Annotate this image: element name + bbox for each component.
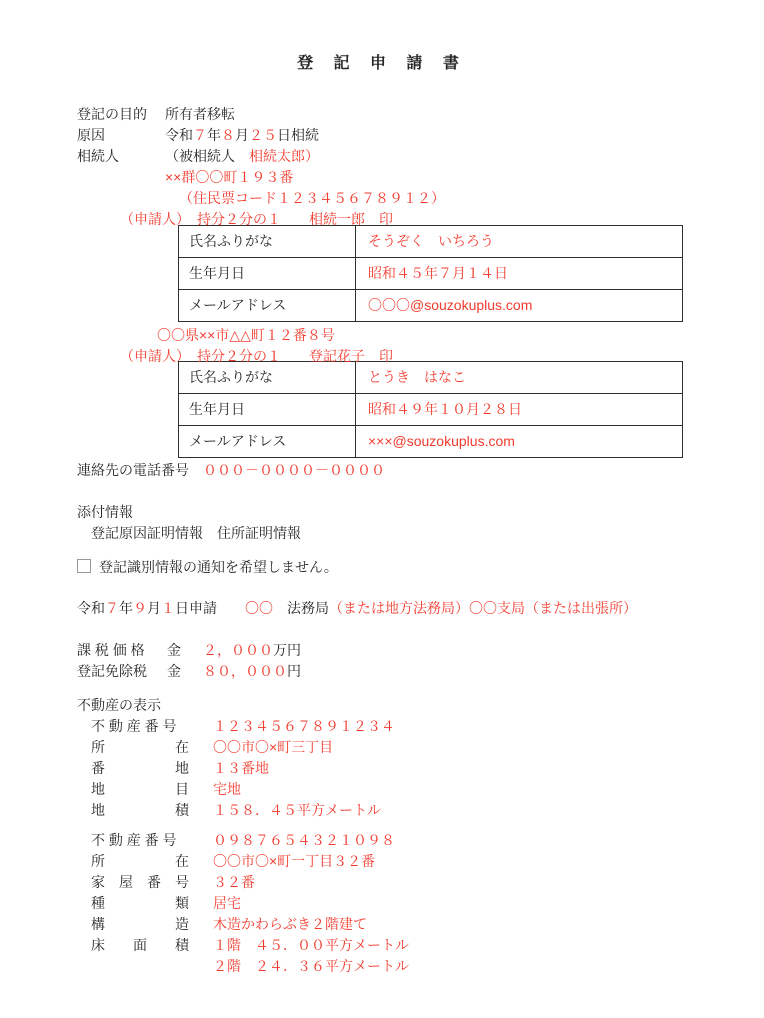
purpose-label: 登記の目的 [77, 104, 165, 125]
furigana-value: とうき はなこ [356, 362, 682, 393]
heir-label: 相続人 [77, 146, 165, 167]
heir-line: 相続人（被相続人 相続太郎） [0, 146, 764, 167]
email-value: ×××@souzokuplus.com [356, 426, 682, 457]
yen-unit: 金 [167, 661, 203, 682]
document-title: 登 記 申 請 書 [0, 52, 764, 76]
attachments-heading: 添付情報 [0, 502, 764, 523]
property-structure-line: 構 造木造かわらぶき２階建て [0, 914, 764, 935]
contact-phone-line: 連絡先の電話番号 ０００－００００－００００ [0, 460, 764, 481]
table-row: メールアドレス 〇〇〇@souzokuplus.com [179, 289, 682, 321]
property2-block: 不 動 産 番 号０９８７６５４３２１０９８ 所 在〇〇市〇×町一丁目３２番 家… [0, 830, 764, 977]
table-row: 氏名ふりがな とうき はなこ [179, 362, 682, 393]
attachments-items: 登記原因証明情報 住所証明情報 [0, 523, 764, 544]
purpose-line: 登記の目的所有者移転 [0, 104, 764, 125]
heir-value: （被相続人 相続太郎） [165, 148, 319, 164]
registration-application-document: 登 記 申 請 書 登記の目的所有者移転 原因令和７年８月２５日相続 相続人（被… [0, 0, 764, 1018]
checkbox-label: 登記識別情報の通知を希望しません。 [99, 559, 338, 575]
identification-notice-line: 登記識別情報の通知を希望しません。 [0, 557, 764, 578]
registration-tax-label: 登記免除税 [77, 661, 167, 682]
furigana-value: そうぞく いちろう [356, 226, 682, 257]
yen-unit: 金 [167, 640, 203, 661]
property-lot-line: 番 地１３番地 [0, 758, 764, 779]
registration-tax-amount: ８０，０００ [203, 663, 287, 679]
application-date-line: 令和７年９月１日申請 〇〇 法務局（または地方法務局）〇〇支局（または出張所） [0, 598, 764, 619]
registration-tax-line: 登記免除税金８０，０００円 [0, 661, 764, 682]
purpose-value: 所有者移転 [165, 106, 235, 122]
table-row: メールアドレス ×××@souzokuplus.com [179, 425, 682, 457]
cause-line: 原因令和７年８月２５日相続 [0, 125, 764, 146]
property-area-line: 地 積１５８．４５平方メートル [0, 800, 764, 821]
furigana-label: 氏名ふりがな [179, 362, 356, 393]
property-location-line: 所 在〇〇市〇×町三丁目 [0, 737, 764, 758]
applicant1-resident-code-line: （住民票コード１２３４５６７８９１２） [0, 188, 764, 209]
registration-tax-suffix: 円 [287, 663, 301, 679]
cause-value: 令和７年８月２５日相続 [165, 127, 319, 143]
property-section-heading: 不動産の表示 [0, 695, 764, 716]
taxable-value-line: 課 税 価 格金２，０００万円 [0, 640, 764, 661]
applicant1-table: 氏名ふりがな そうぞく いちろう 生年月日 昭和４５年７月１４日 メールアドレス… [178, 225, 683, 322]
birthdate-label: 生年月日 [179, 394, 356, 425]
birthdate-value: 昭和４９年１０月２８日 [356, 394, 682, 425]
applicant2-address-line: 〇〇県××市△△町１２番８号 [0, 325, 764, 346]
property-type-line: 種 類居宅 [0, 893, 764, 914]
cause-label: 原因 [77, 125, 165, 146]
property-floorarea-line: 床 面 積１階 ４５．００平方メートル [0, 935, 764, 956]
table-row: 生年月日 昭和４５年７月１４日 [179, 257, 682, 289]
property1-block: 不 動 産 番 号１２３４５６７８９１２３４ 所 在〇〇市〇×町三丁目 番 地１… [0, 716, 764, 821]
birthdate-label: 生年月日 [179, 258, 356, 289]
taxable-value-suffix: 万円 [273, 642, 301, 658]
table-row: 氏名ふりがな そうぞく いちろう [179, 226, 682, 257]
applicant2-table: 氏名ふりがな とうき はなこ 生年月日 昭和４９年１０月２８日 メールアドレス … [178, 361, 683, 458]
email-label: メールアドレス [179, 290, 356, 321]
property-number-line: 不 動 産 番 号０９８７６５４３２１０９８ [0, 830, 764, 851]
taxable-value-amount: ２，０００ [203, 642, 273, 658]
property-floorarea-continuation-line: ２階 ２４．３６平方メートル [0, 956, 764, 977]
checkbox[interactable] [77, 559, 91, 573]
taxable-value-label: 課 税 価 格 [77, 640, 167, 661]
table-row: 生年月日 昭和４９年１０月２８日 [179, 393, 682, 425]
applicant1-address-line: ××群〇〇町１９３番 [0, 167, 764, 188]
birthdate-value: 昭和４５年７月１４日 [356, 258, 682, 289]
property-number-line: 不 動 産 番 号１２３４５６７８９１２３４ [0, 716, 764, 737]
email-value: 〇〇〇@souzokuplus.com [356, 290, 682, 321]
property-landuse-line: 地 目宅地 [0, 779, 764, 800]
furigana-label: 氏名ふりがな [179, 226, 356, 257]
property-housenumber-line: 家 屋 番 号３２番 [0, 872, 764, 893]
property-location-line: 所 在〇〇市〇×町一丁目３２番 [0, 851, 764, 872]
email-label: メールアドレス [179, 426, 356, 457]
